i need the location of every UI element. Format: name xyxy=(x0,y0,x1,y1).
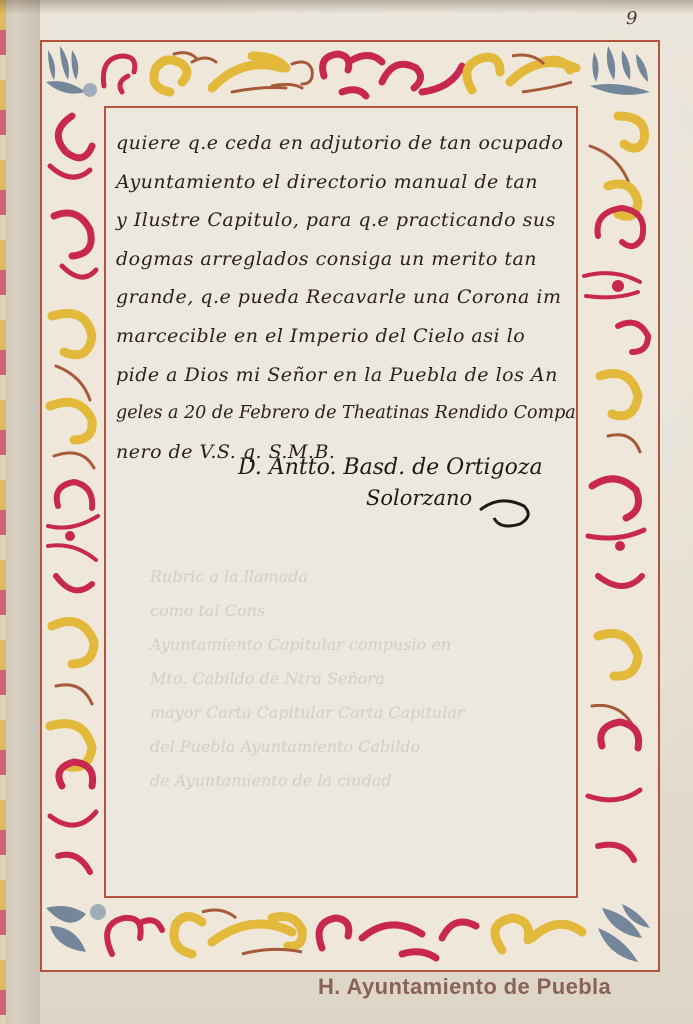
manuscript-line: y Ilustre Capitulo, para q.e practicando… xyxy=(116,201,576,240)
manuscript-line: quiere q.e ceda en adjutorio de tan ocup… xyxy=(116,124,576,163)
archive-watermark: H. Ayuntamiento de Puebla xyxy=(318,974,611,1000)
bleed-through-text: Rubric a la llamada como tal Cons Ayunta… xyxy=(150,560,570,798)
book-binding-edge xyxy=(0,0,40,1024)
bleed-line: de Ayuntamiento de la ciudad xyxy=(150,764,570,798)
bleed-line: del Puebla Ayuntamiento Cabildo xyxy=(150,730,570,764)
manuscript-line: marcecible en el Imperio del Cielo asi l… xyxy=(116,317,576,356)
manuscript-line: dogmas arreglados consiga un merito tan xyxy=(116,240,576,279)
signature-surname: Solorzano xyxy=(366,486,472,510)
manuscript-line: Ayuntamiento el directorio manual de tan xyxy=(116,163,576,202)
manuscript-line: pide a Dios mi Señor en la Puebla de los… xyxy=(116,356,576,395)
folio-number: 9 xyxy=(626,8,637,29)
bleed-line: como tal Cons xyxy=(150,594,570,628)
signature-flourish-icon xyxy=(476,490,536,530)
manuscript-line: grande, q.e pueda Recavarle una Corona i… xyxy=(116,278,576,317)
manuscript-text: quiere q.e ceda en adjutorio de tan ocup… xyxy=(116,124,576,471)
page-top-shadow xyxy=(0,0,693,14)
manuscript-line: geles a 20 de Febrero de Theatinas Rendi… xyxy=(116,394,576,433)
bleed-line: Mto. Cabildo de Ntra Señora xyxy=(150,662,570,696)
bleed-line: Rubric a la llamada xyxy=(150,560,570,594)
bleed-line: mayor Carta Capitular Carta Capitular xyxy=(150,696,570,730)
signature-name: D. Antto. Basd. de Ortigoza xyxy=(238,455,543,480)
manuscript-page: 9 xyxy=(0,0,693,1024)
bleed-line: Ayuntamiento Capitular compusio en xyxy=(150,628,570,662)
